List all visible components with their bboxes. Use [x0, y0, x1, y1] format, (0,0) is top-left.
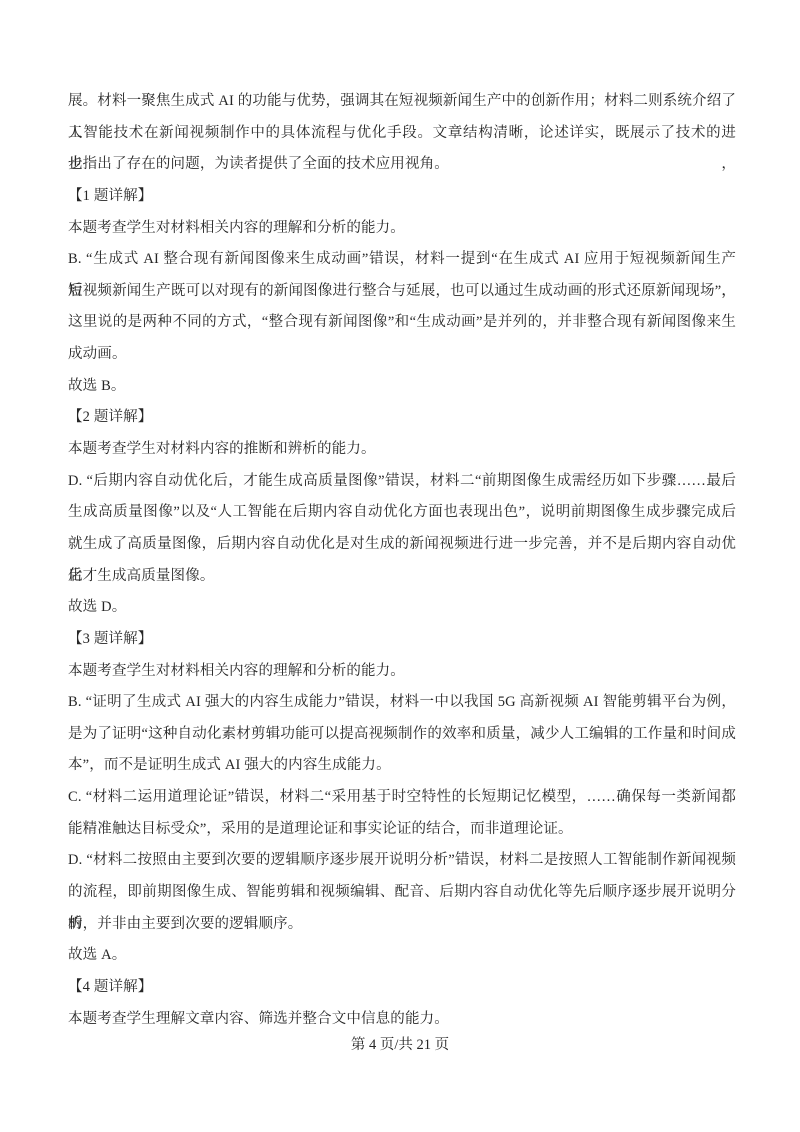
text-line: C. “材料二运用道理论证”错误，材料二“采用基于时空特性的长短期记忆模型，………: [68, 782, 736, 814]
answer-line: 故选 B。: [68, 371, 736, 403]
text-line: 的，并非由主要到次要的逻辑顺序。: [68, 909, 736, 941]
text-line: 本”，而不是证明生成式 AI 强大的内容生成能力。: [68, 750, 736, 782]
text-line: 后才生成高质量图像。: [68, 561, 736, 593]
explanation-section-2: 【2 题详解】 本题考查学生对材料内容的推断和辨析的能力。 D. “后期内容自动…: [68, 402, 736, 623]
text-line: B. “生成式 AI 整合现有新闻图像来生成动画”错误，材料一提到“在生成式 A…: [68, 244, 736, 276]
text-line: 是为了证明“这种自动化素材剪辑功能可以提高视频制作的效率和质量，减少人工编辑的工…: [68, 719, 736, 751]
text-line: 能精准触达目标受众”，采用的是道理论证和事实论证的结合，而非道理论证。: [68, 814, 736, 846]
text-line: 这里说的是两种不同的方式，“整合现有新闻图像”和“生成动画”是并列的，并非整合现…: [68, 307, 736, 339]
text-line: 的流程，即前期图像生成、智能剪辑和视频编辑、配音、后期内容自动优化等先后顺序逐步…: [68, 877, 736, 909]
document-page: 展。材料一聚焦生成式 AI 的功能与优势，强调其在短视频新闻生产中的创新作用；材…: [0, 0, 800, 1132]
answer-line: 故选 D。: [68, 592, 736, 624]
section-heading: 【3 题详解】: [68, 624, 736, 656]
text-line: 本题考查学生对材料相关内容的理解和分析的能力。: [68, 213, 736, 245]
text-line: 短视频新闻生产既可以对现有的新闻图像进行整合与延展，也可以通过生成动画的形式还原…: [68, 276, 736, 308]
text-line: 成动画。: [68, 339, 736, 371]
text-line: 展。材料一聚焦生成式 AI 的功能与优势，强调其在短视频新闻生产中的创新作用；材…: [68, 86, 736, 118]
text-line: 就生成了高质量图像，后期内容自动优化是对生成的新闻视频进行进一步完善，并不是后期…: [68, 529, 736, 561]
text-line: 工智能技术在新闻视频制作中的具体流程与优化手段。文章结构清晰，论述详实，既展示了…: [68, 118, 736, 150]
text-line: B. “证明了生成式 AI 强大的内容生成能力”错误，材料一中以我国 5G 高新…: [68, 687, 736, 719]
page-number-footer: 第 4 页/共 21 页: [0, 1030, 800, 1062]
answer-line: 故选 A。: [68, 940, 736, 972]
section-heading: 【2 题详解】: [68, 402, 736, 434]
text-line: 本题考查学生对材料内容的推断和辨析的能力。: [68, 434, 736, 466]
section-heading: 【1 题详解】: [68, 181, 736, 213]
document-body: 展。材料一聚焦生成式 AI 的功能与优势，强调其在短视频新闻生产中的创新作用；材…: [68, 86, 736, 1035]
text-line: D. “材料二按照由主要到次要的逻辑顺序逐步展开说明分析”错误，材料二是按照人工…: [68, 845, 736, 877]
text-line: D. “后期内容自动优化后，才能生成高质量图像”错误，材料二“前期图像生成需经历…: [68, 466, 736, 498]
text-line: 生成高质量图像”以及“人工智能在后期内容自动优化方面也表现出色”，说明前期图像生…: [68, 497, 736, 529]
explanation-section-1: 【1 题详解】 本题考查学生对材料相关内容的理解和分析的能力。 B. “生成式 …: [68, 181, 736, 402]
explanation-section-4: 【4 题详解】 本题考查学生理解文章内容、筛选并整合文中信息的能力。: [68, 972, 736, 1035]
text-line: 本题考查学生对材料相关内容的理解和分析的能力。: [68, 656, 736, 688]
section-heading: 【4 题详解】: [68, 972, 736, 1004]
explanation-section-3: 【3 题详解】 本题考查学生对材料相关内容的理解和分析的能力。 B. “证明了生…: [68, 624, 736, 972]
